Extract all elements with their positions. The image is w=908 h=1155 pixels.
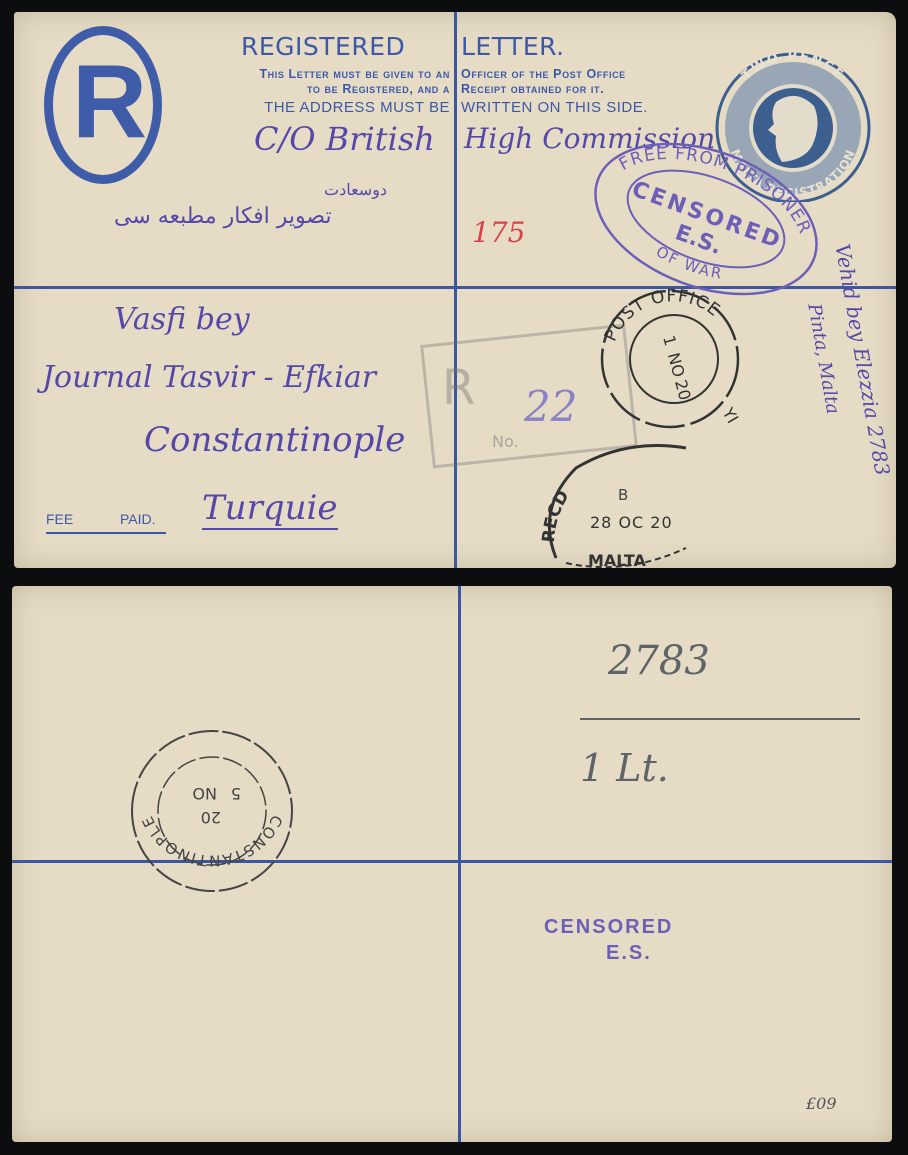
registration-label-no: No. — [492, 432, 519, 451]
svg-text:NO: NO — [192, 784, 217, 803]
svg-text:RECD: RECD — [539, 487, 574, 543]
instruction-line2-right: Receipt obtained for it. — [461, 82, 604, 96]
back-vertical-blue-line — [458, 586, 461, 1142]
address-country: Turquie — [202, 488, 338, 530]
svg-text:MALTA: MALTA — [588, 551, 647, 570]
registration-number: 22 — [524, 382, 577, 431]
svg-text:5: 5 — [231, 784, 241, 803]
care-of-left: C/O British — [254, 120, 435, 158]
corner-price-mark: £09 — [806, 1094, 837, 1113]
sender-note-line1: Vehid bey Elezzia 2783 — [830, 242, 894, 477]
heading-registered: REGISTERED — [241, 32, 405, 61]
fee-label: FEE — [46, 511, 73, 527]
receipt-postmark: RECD B 28 OC 20 MALTA — [536, 438, 716, 573]
envelope-front: R REGISTERED LETTER. This Letter must be… — [14, 12, 896, 568]
registration-label-r: R — [442, 360, 475, 416]
heading-letter: LETTER. — [461, 32, 565, 61]
addressee-line-2: Journal Tasvir - Efkiar — [42, 360, 376, 395]
svg-text:NO: NO — [664, 351, 689, 380]
censored-stamp-line2: E.S. — [606, 942, 652, 965]
pencil-underline — [580, 718, 860, 720]
fee-paid-underline — [46, 532, 166, 534]
address-city: Constantinople — [144, 420, 405, 460]
arabic-line-2: تصویر افکار مطبعه سی — [114, 204, 332, 229]
instruction-line2-left: to be Registered, and a — [307, 82, 450, 96]
censored-stamp-line1: CENSORED — [544, 916, 673, 939]
pencil-note: 1 Lt. — [580, 746, 669, 790]
instruction-line3-left: THE ADDRESS MUST BE — [264, 99, 450, 116]
red-pencil-number: 175 — [472, 216, 525, 249]
post-office-postmark: POST OFFICE 1 NO 20 YI — [592, 284, 752, 434]
addressee-name: Vasfi bey — [114, 302, 250, 337]
instruction-line1-left: This Letter must be given to an — [259, 67, 450, 81]
svg-text:28 OC 20: 28 OC 20 — [590, 513, 673, 532]
registration-r-letter: R — [72, 42, 147, 162]
pencil-number: 2783 — [608, 638, 710, 684]
svg-text:POST OFFICE: POST OFFICE — [601, 286, 724, 344]
constantinople-postmark: CONSTANTINOPLE 5 NO 20 — [127, 726, 297, 896]
svg-text:20: 20 — [201, 808, 221, 827]
arabic-line-1: دوسعادت — [324, 180, 387, 199]
paid-label: PAID. — [120, 511, 156, 527]
instruction-line1-right: Officer of the Post Office — [461, 67, 626, 81]
svg-text:1: 1 — [659, 333, 680, 348]
sender-note-line2: Pinta, Malta — [803, 302, 843, 416]
svg-text:YI: YI — [718, 404, 742, 427]
svg-text:B: B — [618, 486, 628, 504]
vertical-blue-line — [454, 12, 457, 568]
envelope-back: CONSTANTINOPLE 5 NO 20 2783 1 Lt. CENSOR… — [12, 586, 892, 1142]
